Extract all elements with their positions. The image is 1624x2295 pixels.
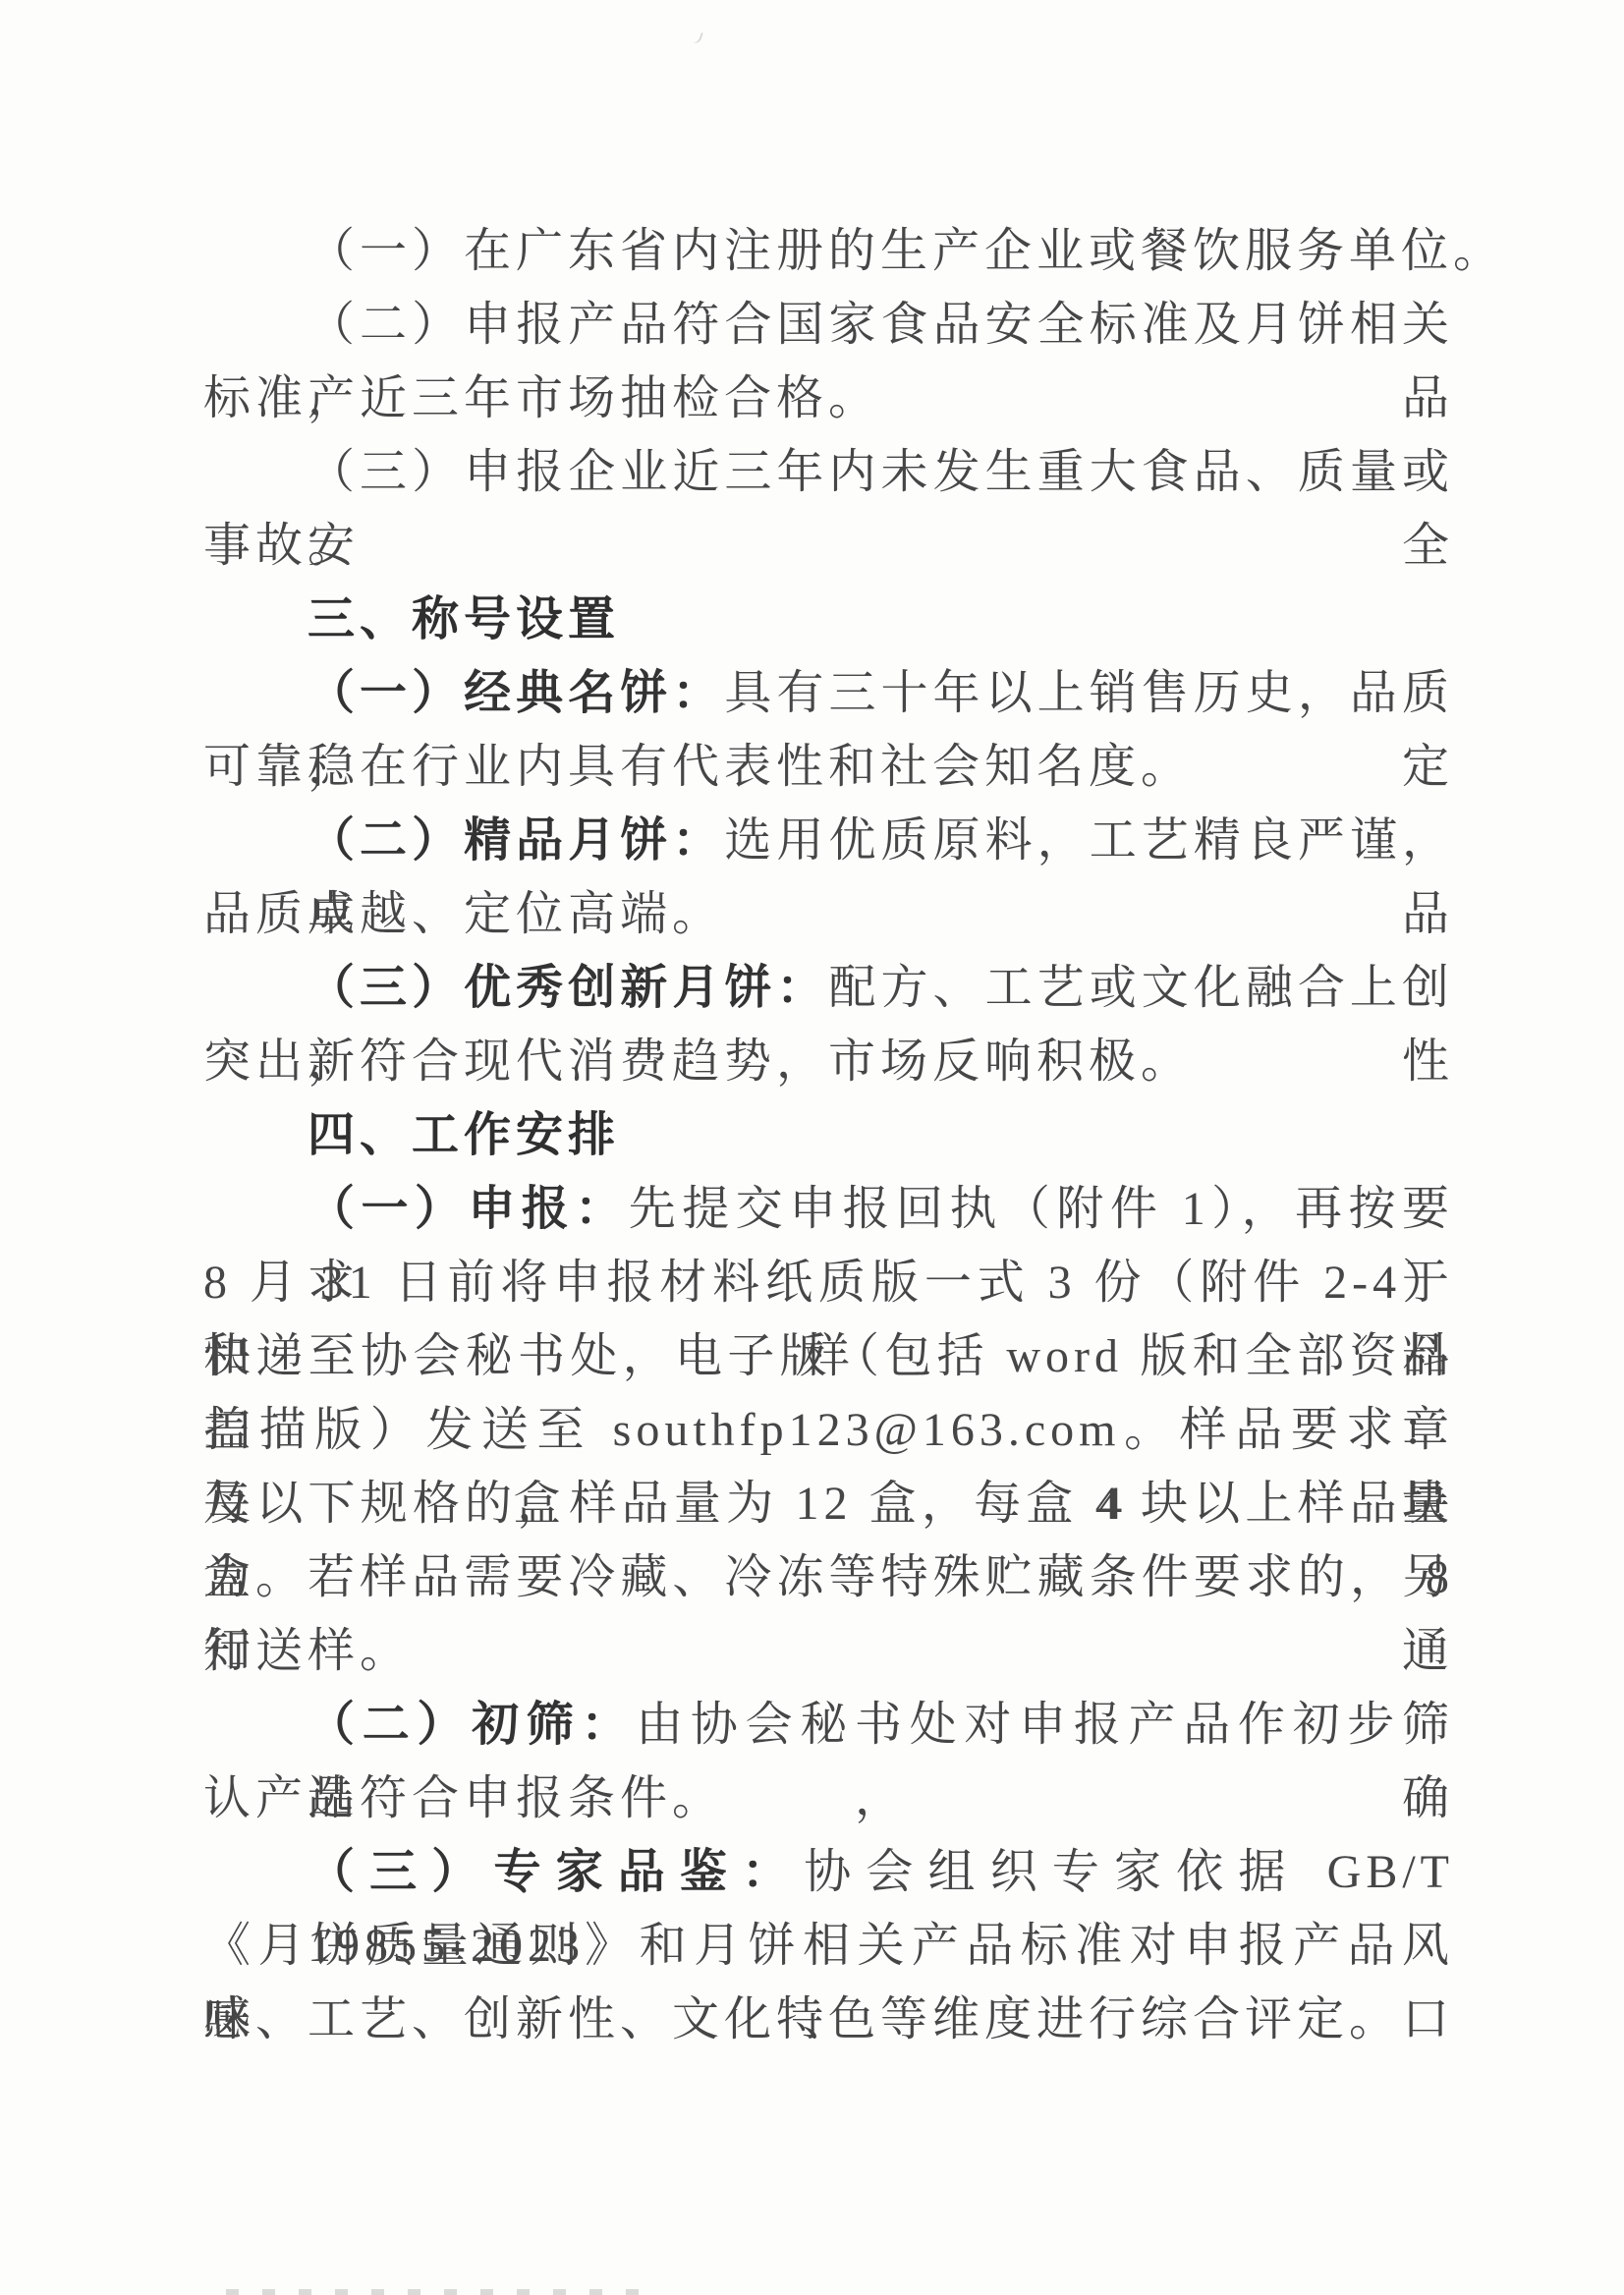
line-bold-lead: （二）精品月饼： — [308, 814, 724, 867]
line-text: 可靠，在行业内具有代表性和社会知名度。 — [203, 741, 1193, 793]
line-text: （三）申报企业近三年内未发生重大食品、质量或安全 — [308, 446, 1454, 572]
line-bold-lead: （一）经典名饼： — [308, 667, 724, 719]
doc-line: 快递至协会秘书处，电子版（包括 word 版和全部资料盖章 — [203, 1319, 1454, 1393]
doc-line: （二）初筛：由协会秘书处对申报产品作初步筛选，确 — [203, 1688, 1454, 1762]
doc-line: （一）经典名饼：具有三十年以上销售历史，品质稳定 — [203, 656, 1454, 730]
line-text: 标准，近三年市场抽检合格。 — [203, 372, 880, 424]
doc-line: （二）精品月饼：选用优质原料，工艺精良严谨，成品 — [203, 804, 1454, 877]
doc-line: （三）专家品鉴：协会组织专家依据 GB/T 19855-2023 — [203, 1835, 1454, 1909]
line-text: 品质卓越、定位高端。 — [203, 888, 724, 940]
line-text: 事故。 — [203, 520, 360, 572]
line-bold-lead: （一）申报： — [308, 1183, 629, 1235]
doc-line: 《月饼质量通则》和月饼相关产品标准对申报产品风味、口 — [203, 1909, 1454, 1983]
doc-line: 盒。若样品需要冷藏、冷冻等特殊贮藏条件要求的，另行通 — [203, 1540, 1454, 1614]
doc-line: （三）优秀创新月饼：配方、工艺或文化融合上创新性 — [203, 951, 1454, 1025]
doc-line: （一）在广东省内注册的生产企业或餐饮服务单位。 — [203, 214, 1454, 288]
clipped-bottom-text-fragment — [226, 2289, 648, 2295]
doc-line: （二）申报产品符合国家食品安全标准及月饼相关产品 — [203, 288, 1454, 362]
line-text: 突出，符合现代消费趋势，市场反响积极。 — [203, 1036, 1193, 1088]
section-heading: 三、称号设置 — [203, 583, 1454, 656]
doc-line: （一）申报：先提交申报回执（附件 1），再按要求于 — [203, 1172, 1454, 1246]
line-text: 知送样。 — [203, 1625, 412, 1677]
line-text: 感、工艺、创新性、文化特色等维度进行综合评定。 — [203, 1993, 1401, 2045]
document-page: （一）在广东省内注册的生产企业或餐饮服务单位。 （二）申报产品符合国家食品安全标… — [0, 0, 1624, 2295]
doc-line: 扫描版）发送至 southfp123@163.com。样品要求：每盒 4 块 — [203, 1393, 1454, 1467]
doc-line: 及以下规格的，样品量为 12 盒，每盒 4 块以上样品量为 8 — [203, 1467, 1454, 1540]
line-text: 认产品符合申报条件。 — [203, 1772, 724, 1824]
line-text: （一）在广东省内注册的生产企业或餐饮服务单位。 — [308, 225, 1505, 277]
section-heading: 四、工作安排 — [203, 1098, 1454, 1172]
line-bold-lead: 三、称号设置 — [308, 593, 620, 645]
line-bold-lead: （二）初筛： — [308, 1699, 636, 1751]
line-bold-lead: （三）专家品鉴： — [308, 1846, 804, 1898]
doc-line: （三）申报企业近三年内未发生重大食品、质量或安全 — [203, 435, 1454, 509]
doc-line: 感、工艺、创新性、文化特色等维度进行综合评定。 — [203, 1983, 1454, 2056]
line-bold-lead: 四、工作安排 — [308, 1109, 620, 1161]
doc-line: 8 月 31 日前将申报材料纸质版一式 3 份（附件 2-4）和样品 — [203, 1246, 1454, 1319]
line-bold-lead: （三）优秀创新月饼： — [308, 962, 828, 1014]
